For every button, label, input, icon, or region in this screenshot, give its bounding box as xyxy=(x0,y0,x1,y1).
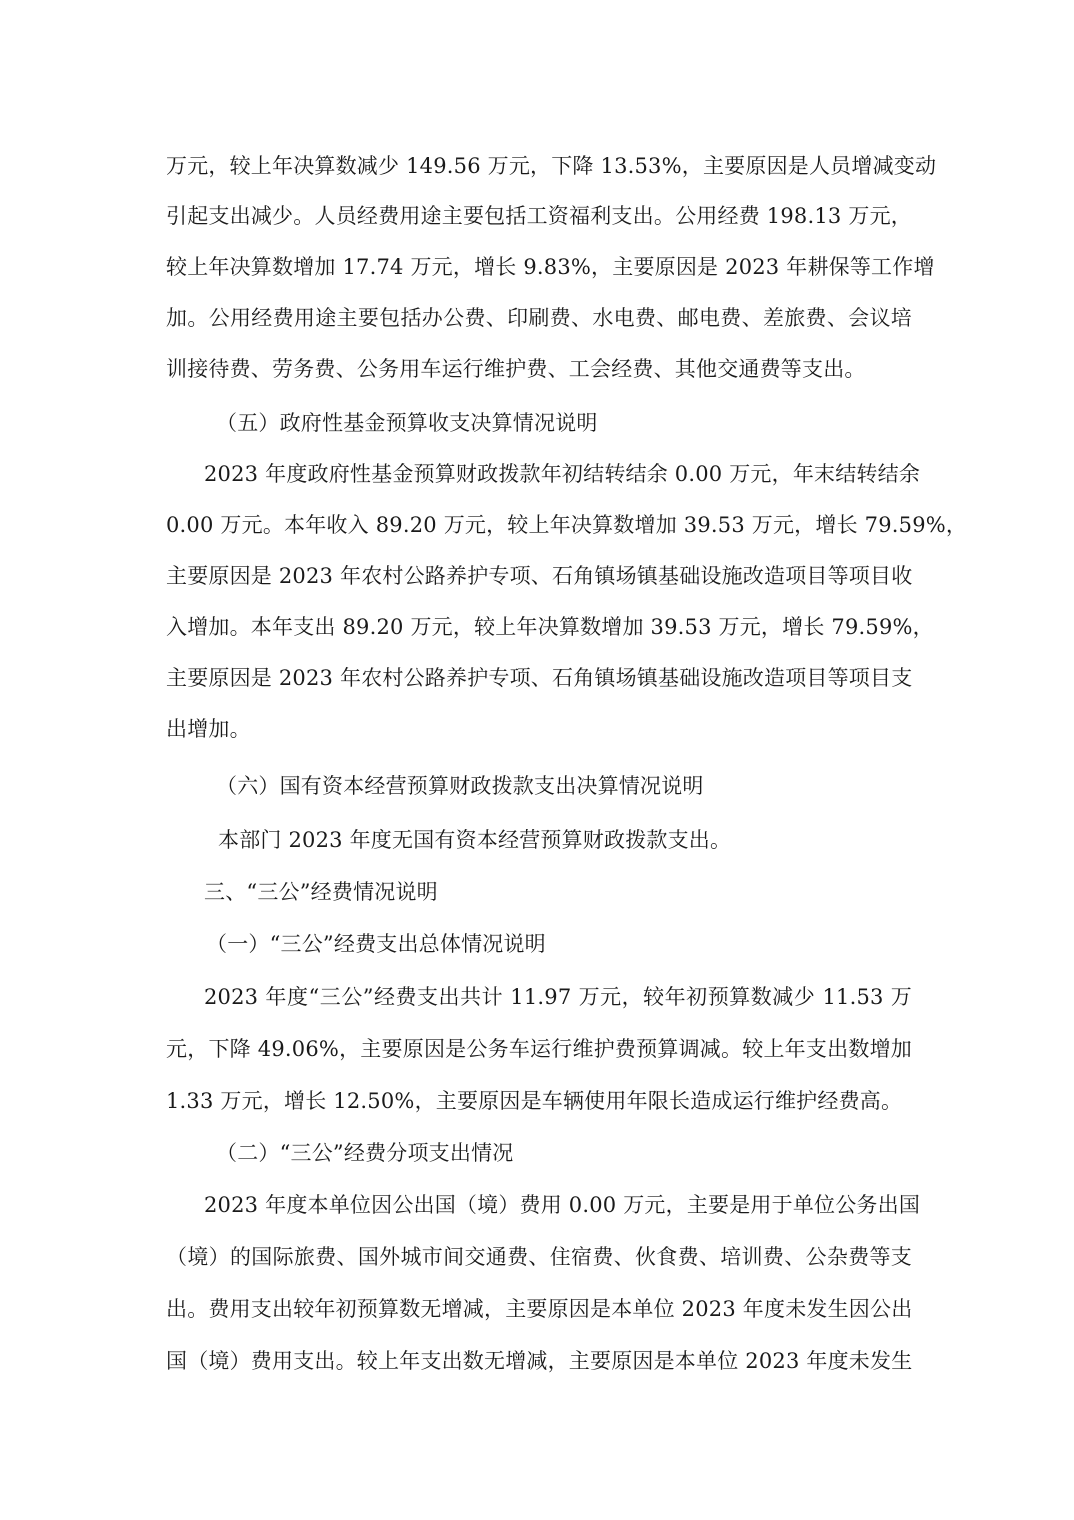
paragraph-line: 主要原因是 2023 年农村公路养护专项、石角镇场镇基础设施改造项目等项目支 xyxy=(166,664,912,692)
paragraph-line: 国（境）费用支出。较上年支出数无增减，主要原因是本单位 2023 年度未发生 xyxy=(166,1347,912,1375)
paragraph-line: 元，下降 49.06%，主要原因是公务车运行维护费预算调减。较上年支出数增加 xyxy=(166,1035,912,1063)
subsection-heading-2: （二）“三公”经费分项支出情况 xyxy=(216,1139,513,1167)
paragraph-line: 训接待费、劳务费、公务用车运行维护费、工会经费、其他交通费等支出。 xyxy=(166,355,866,383)
paragraph-line: 2023 年度“三公”经费支出共计 11.97 万元，较年初预算数减少 11.5… xyxy=(204,983,912,1011)
section-heading-3: 三、“三公”经费情况说明 xyxy=(204,878,438,906)
paragraph-line: 出。费用支出较年初预算数无增减，主要原因是本单位 2023 年度未发生因公出 xyxy=(166,1295,912,1323)
paragraph-line: 主要原因是 2023 年农村公路养护专项、石角镇场镇基础设施改造项目等项目收 xyxy=(166,562,912,590)
paragraph-line: 入增加。本年支出 89.20 万元，较上年决算数增加 39.53 万元，增长 7… xyxy=(166,613,912,641)
paragraph-line: 1.33 万元，增长 12.50%，主要原因是车辆使用年限长造成运行维护经费高。 xyxy=(166,1087,902,1115)
section-heading-5: （五）政府性基金预算收支决算情况说明 xyxy=(216,409,598,437)
paragraph-line: 引起支出减少。人员经费用途主要包括工资福利支出。公用经费 198.13 万元， xyxy=(166,202,912,230)
paragraph-line: 2023 年度政府性基金预算财政拨款年初结转结余 0.00 万元，年末结转结余 xyxy=(204,460,912,488)
paragraph: 本部门 2023 年度无国有资本经营预算财政拨款支出。 xyxy=(218,826,731,854)
document-page: 万元，较上年决算数减少 149.56 万元，下降 13.53%，主要原因是人员增… xyxy=(0,0,1074,1520)
paragraph-line: 万元，较上年决算数减少 149.56 万元，下降 13.53%，主要原因是人员增… xyxy=(166,152,912,180)
paragraph-line: 加。公用经费用途主要包括办公费、印刷费、水电费、邮电费、差旅费、会议培 xyxy=(166,304,912,332)
subsection-heading-1: （一）“三公”经费支出总体情况说明 xyxy=(206,930,546,958)
paragraph-line: 出增加。 xyxy=(166,715,251,743)
paragraph-line: 较上年决算数增加 17.74 万元，增长 9.83%，主要原因是 2023 年耕… xyxy=(166,253,912,281)
paragraph-line: 0.00 万元。本年收入 89.20 万元，较上年决算数增加 39.53 万元，… xyxy=(166,511,912,539)
section-heading-6: （六）国有资本经营预算财政拨款支出决算情况说明 xyxy=(216,772,704,800)
paragraph-line: 2023 年度本单位因公出国（境）费用 0.00 万元，主要是用于单位公务出国 xyxy=(204,1191,912,1219)
paragraph-line: （境）的国际旅费、国外城市间交通费、住宿费、伙食费、培训费、公杂费等支 xyxy=(166,1243,912,1271)
